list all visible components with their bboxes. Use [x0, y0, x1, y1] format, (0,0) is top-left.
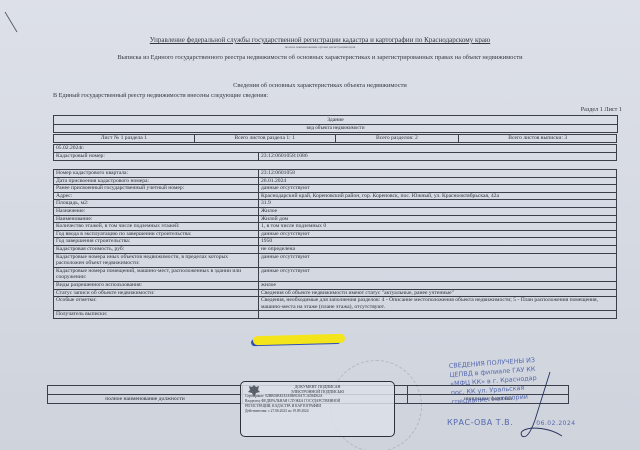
sheet-number: Лист № 1 раздела 1 — [54, 135, 195, 143]
row-value: 26.01.2024 — [259, 177, 617, 185]
row-value: Сведения об объекте недвижимости имеют с… — [259, 289, 617, 297]
row-value: Жилой дом — [259, 215, 617, 223]
table-row: Ранее присвоенный государственный учетны… — [54, 185, 617, 193]
row-label: Год ввода в эксплуатацию по завершении с… — [54, 230, 259, 238]
table-row: Номер кадастрового квартала:23:12:060105… — [54, 170, 617, 178]
cadastral-number-label: Кадастровый номер: — [54, 153, 259, 161]
sheets-in-section: Всего листов раздела 1: 1 — [194, 135, 335, 143]
row-label: Кадастровые номера помещений, машино-мес… — [54, 267, 259, 281]
row-value: данные отсутствуют — [259, 253, 617, 267]
row-label: Статус записи об объекте недвижимости: — [54, 289, 259, 297]
table-row: Получатель выписки: — [54, 311, 617, 319]
e-sign-valid: Действителен: с 27.06.2023 по 19.09.2024 — [245, 409, 390, 414]
row-value: 1950 — [259, 238, 617, 246]
row-value: данные отсутствуют — [259, 185, 617, 193]
object-type-caption: вид объекта недвижимости — [53, 124, 618, 133]
document-page: Управление федеральной службы государств… — [0, 0, 640, 450]
row-label: Кадастровая стоимость, руб: — [54, 245, 259, 253]
row-label: Количество этажей, в том числе подземных… — [54, 223, 259, 231]
row-label: Наименование: — [54, 215, 259, 223]
row-value — [259, 311, 617, 319]
table-row: Статус записи об объекте недвижимости:Св… — [54, 289, 617, 297]
table-row: Виды разрешенного использования:жилое — [54, 281, 617, 289]
position-caption: полное наименование должности — [48, 395, 243, 404]
sections-total: Всего разделов: 2 — [335, 135, 459, 143]
document-subtitle: Сведения об основных характеристиках объ… — [100, 82, 540, 89]
section-label: Раздел 1 Лист 1 — [581, 106, 622, 113]
pen-stroke-mark — [3, 10, 19, 35]
table-row: Кадастровые номера помещений, машино-мес… — [54, 267, 617, 281]
row-value: 23:12:0601058 — [259, 170, 617, 178]
redaction-highlight — [253, 334, 345, 345]
row-value: жилое — [259, 281, 617, 289]
table-row: Кадастровая стоимость, руб:не определена — [54, 245, 617, 253]
row-label: Особые отметки: — [54, 297, 259, 311]
row-label: Дата присвоения кадастрового номера: — [54, 177, 259, 185]
organization-caption: полное наименование органа регистрации п… — [100, 45, 540, 49]
row-label: Назначение: — [54, 207, 259, 215]
row-value: Сведения, необходимые для заполнения раз… — [259, 297, 617, 311]
sheets-total: Всего листов выписки: 3 — [459, 135, 617, 143]
row-label: Площадь, м2: — [54, 200, 259, 208]
row-value: данные отсутствуют — [259, 230, 617, 238]
table-row: Год завершения строительства:1950 — [54, 238, 617, 246]
row-label: Адрес: — [54, 192, 259, 200]
row-value: не определена — [259, 245, 617, 253]
row-label: Ранее присвоенный государственный учетны… — [54, 185, 259, 193]
row-value: Краснодарский край, Кореновский район, г… — [259, 192, 617, 200]
row-value: 31.9 — [259, 200, 617, 208]
row-label: Виды разрешенного использования: — [54, 281, 259, 289]
table-row: Кадастровые номера иных объектов недвижи… — [54, 253, 617, 267]
organization-name: Управление федеральной службы государств… — [100, 36, 540, 44]
cadastral-number-table: Кадастровый номер: 23:12:0601058:1086 — [53, 152, 617, 161]
row-label: Год завершения строительства: — [54, 238, 259, 246]
table-row: Наименование:Жилой дом — [54, 215, 617, 223]
stamp-signer-name: КРАС-ОВА Т.В. — [447, 418, 513, 427]
table-row: Назначение:Жилое — [54, 207, 617, 215]
intro-text: В Единый государственный реестр недвижим… — [53, 92, 268, 99]
row-value: данные отсутствуют — [259, 267, 617, 281]
document-title: Выписка из Единого государственного реес… — [40, 54, 600, 61]
table-row: Дата присвоения кадастрового номера:26.0… — [54, 177, 617, 185]
sheet-info-table: Лист № 1 раздела 1 Всего листов раздела … — [53, 134, 617, 143]
characteristics-table: Номер кадастрового квартала:23:12:060105… — [53, 169, 617, 319]
row-value: Жилое — [259, 207, 617, 215]
coat-of-arms-icon — [247, 384, 261, 398]
extract-date: 05.02.2024г. — [54, 145, 617, 153]
row-label: Получатель выписки: — [54, 311, 259, 319]
cadastral-number-value: 23:12:0601058:1086 — [259, 153, 617, 161]
handwritten-signature — [510, 370, 570, 445]
electronic-signature-box: ДОКУМЕНТ ПОДПИСАН ЭЛЕКТРОННОЙ ПОДПИСЬЮ С… — [240, 381, 395, 437]
row-value: 1, в том числе подземных 0 — [259, 223, 617, 231]
row-label: Номер кадастрового квартала: — [54, 170, 259, 178]
table-row: Адрес:Краснодарский край, Кореновский ра… — [54, 192, 617, 200]
table-row: Год ввода в эксплуатацию по завершении с… — [54, 230, 617, 238]
table-row: Площадь, м2:31.9 — [54, 200, 617, 208]
table-row: Количество этажей, в том числе подземных… — [54, 223, 617, 231]
row-label: Кадастровые номера иных объектов недвижи… — [54, 253, 259, 267]
table-row: Особые отметки:Сведения, необходимые для… — [54, 297, 617, 311]
